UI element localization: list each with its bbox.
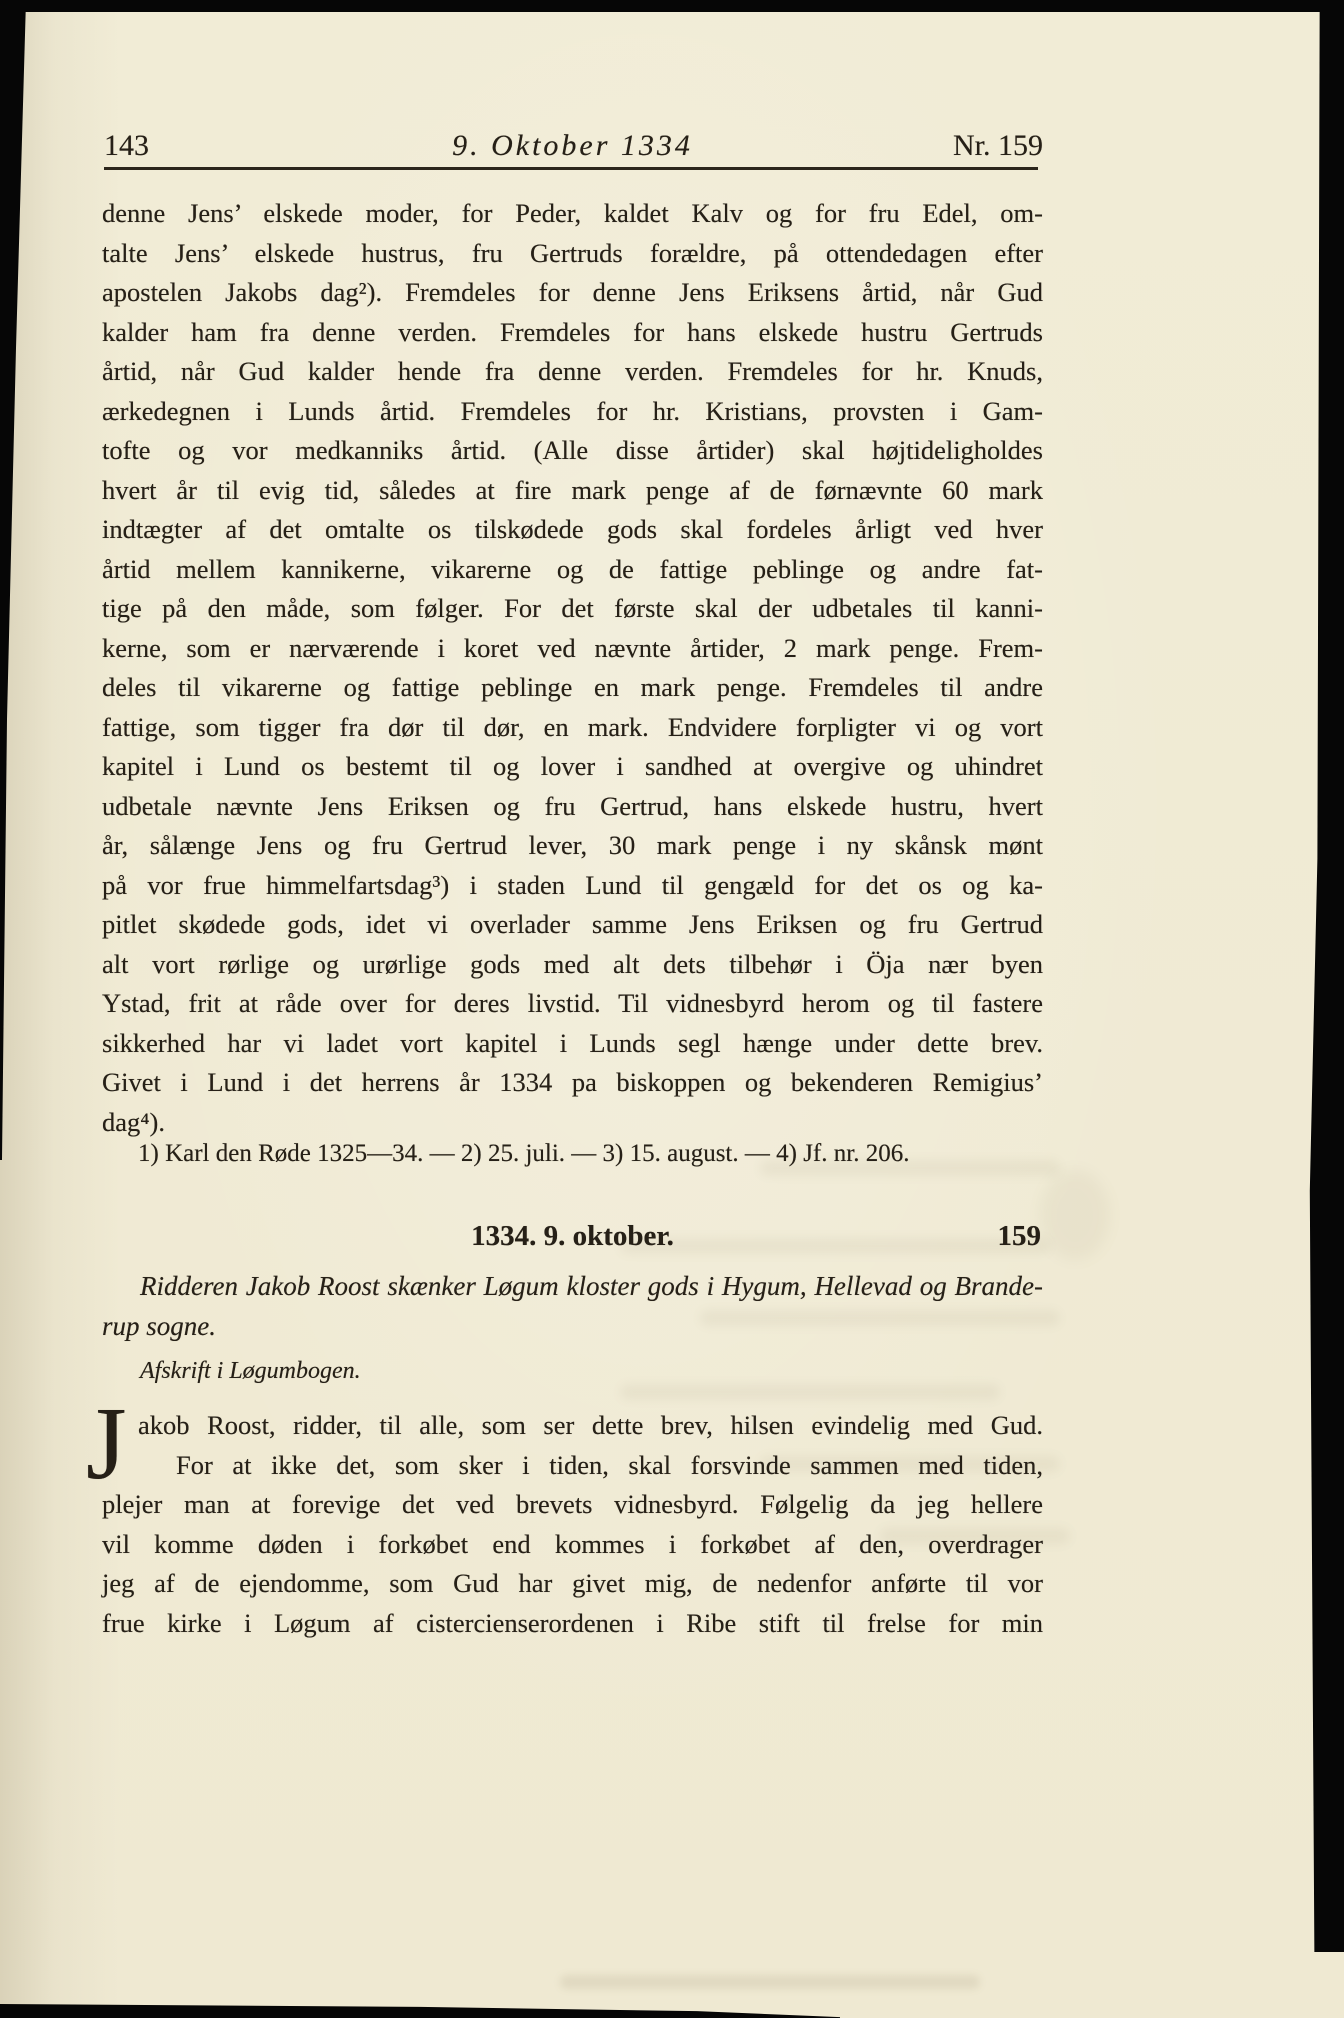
text-line: jeg af de ejendomme, som Gud har givet m… <box>102 1564 1043 1604</box>
text-line: Givet i Lund i det herrens år 1334 pa bi… <box>102 1063 1043 1103</box>
text-line: apostelen Jakobs dag²). Fremdeles for de… <box>102 273 1043 313</box>
text-line: tofte og vor medkanniks årtid. (Alle dis… <box>102 431 1043 471</box>
running-title: 9. Oktober 1334 <box>102 128 1043 164</box>
text-line: kalder ham fra denne verden. Fremdeles f… <box>102 313 1043 353</box>
text-line: frue kirke i Løgum af cistercienserorden… <box>102 1604 1043 1644</box>
scanned-book-page: 143 9. Oktober 1334 Nr. 159 denne Jens’ … <box>0 0 1344 2018</box>
text-line: kapitel i Lund os bestemt til og lover i… <box>102 747 1043 787</box>
entry-heading: 1334. 9. oktober. 159 <box>102 1218 1043 1256</box>
bleedthrough-smudge <box>620 1384 1000 1400</box>
text-line: sikkerhed har vi ladet vort kapitel i Lu… <box>102 1024 1043 1064</box>
page-header: 143 9. Oktober 1334 Nr. 159 <box>102 128 1043 168</box>
entry-regest: Ridderen Jakob Roost skænker Løgum klost… <box>102 1266 1043 1346</box>
text-line: alt vort rørlige og urørlige gods med al… <box>102 945 1043 985</box>
bleedthrough-smudge <box>1040 1170 1110 1260</box>
text-line: deles til vikarerne og fattige peblinge … <box>102 668 1043 708</box>
text-line: vil komme døden i forkøbet end kommes i … <box>102 1525 1043 1565</box>
text-line: tige på den måde, som følger. For det fø… <box>102 589 1043 629</box>
text-line: akob Roost, ridder, til alle, som ser de… <box>102 1406 1043 1446</box>
text-line: årtid, når Gud kalder hende fra denne ve… <box>102 352 1043 392</box>
text-line: på vor frue himmelfartsdag³) i staden Lu… <box>102 866 1043 906</box>
text-line: år, sålænge Jens og fru Gertrud lever, 3… <box>102 826 1043 866</box>
text-line: dag⁴). <box>102 1103 1043 1143</box>
entry-number-label: Nr. 159 <box>953 128 1043 164</box>
text-line: rup sogne. <box>102 1306 1043 1346</box>
text-line: hvert år til evig tid, således at fire m… <box>102 471 1043 511</box>
text-line: fattige, som tigger fra dør til dør, en … <box>102 708 1043 748</box>
bleedthrough-smudge <box>560 1975 980 1989</box>
entry-number: 159 <box>998 1218 1042 1254</box>
entry-body-continued: denne Jens’ elskede moder, for Peder, ka… <box>102 194 1043 1142</box>
header-rule <box>104 167 1038 170</box>
text-line: kerne, som er nærværende i koret ved næv… <box>102 629 1043 669</box>
text-line: årtid mellem kannikerne, vikarerne og de… <box>102 550 1043 590</box>
scan-edge-top <box>0 0 1344 12</box>
text-line: denne Jens’ elskede moder, for Peder, ka… <box>102 194 1043 234</box>
text-line: indtægter af det omtalte os tilskødede g… <box>102 510 1043 550</box>
text-line: For at ikke det, som sker i tiden, skal … <box>102 1446 1043 1486</box>
entry-date-heading: 1334. 9. oktober. <box>102 1218 1043 1254</box>
entry-159-body: akob Roost, ridder, til alle, som ser de… <box>102 1406 1043 1643</box>
text-line: Ystad, frit at råde over for deres livst… <box>102 984 1043 1024</box>
text-line: ærkedegnen i Lunds årtid. Fremdeles for … <box>102 392 1043 432</box>
text-line: Ridderen Jakob Roost skænker Løgum klost… <box>102 1266 1043 1306</box>
text-line: talte Jens’ elskede hustrus, fru Gertrud… <box>102 234 1043 274</box>
footnote-line: 1) Karl den Røde 1325—34. — 2) 25. juli.… <box>102 1138 1079 1170</box>
text-line: plejer man at forevige det ved brevets v… <box>102 1485 1043 1525</box>
text-line: udbetale nævnte Jens Eriksen og fru Gert… <box>102 787 1043 827</box>
text-line: pitlet skødede gods, idet vi overlader s… <box>102 905 1043 945</box>
page-number: 143 <box>104 128 149 164</box>
source-note: Afskrift i Løgumbogen. <box>102 1356 1081 1386</box>
